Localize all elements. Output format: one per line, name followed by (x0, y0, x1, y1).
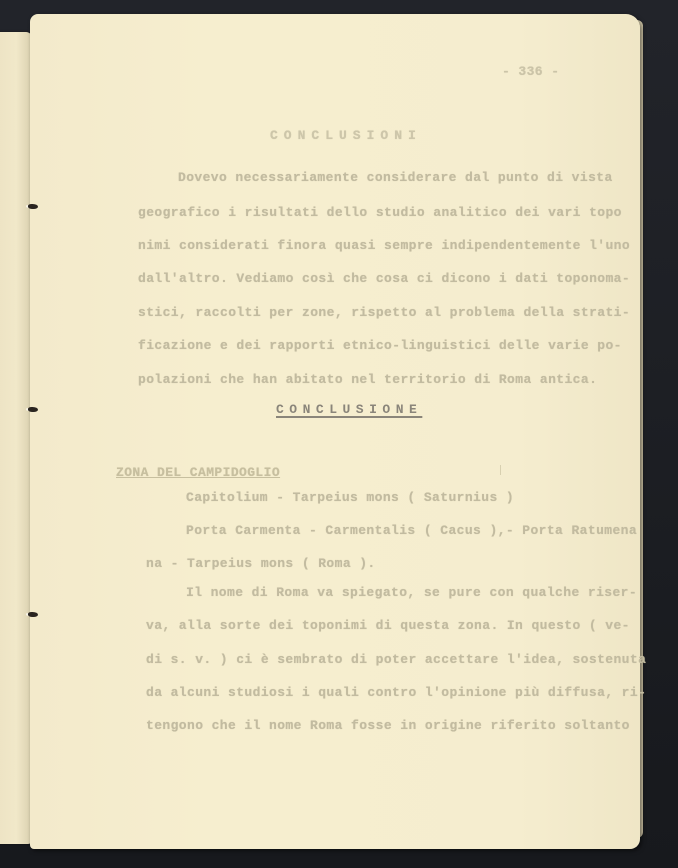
intro-line: geografico i risultati dello studio anal… (138, 205, 622, 220)
zone-line: Capitolium - Tarpeius mons ( Saturnius ) (186, 490, 514, 505)
zone-line: va, alla sorte dei toponimi di questa zo… (146, 618, 630, 633)
intro-line: polazioni che han abitato nel territorio… (138, 372, 597, 387)
intro-line: dall'altro. Vediamo così che cosa ci dic… (138, 271, 630, 286)
zone-line: Il nome di Roma va spiegato, se pure con… (186, 585, 637, 600)
faded-bleed-through-title: CONCLUSIONI (270, 128, 422, 143)
zone-line: na - Tarpeius mons ( Roma ). (146, 556, 376, 571)
binding-staple-icon (26, 203, 40, 211)
paper-mark (500, 465, 501, 475)
page-number: - 336 - (502, 64, 559, 79)
facing-page-edge (0, 32, 32, 844)
intro-line: stici, raccolti per zone, rispetto al pr… (138, 305, 630, 320)
zone-heading: ZONA DEL CAMPIDOGLIO (116, 465, 280, 480)
intro-line: Dovevo necessariamente considerare dal p… (178, 170, 613, 185)
binding-staple-icon (26, 611, 40, 619)
section-heading: CONCLUSIONE (276, 402, 422, 417)
intro-line: ficazione e dei rapporti etnico-linguist… (138, 338, 622, 353)
intro-line: nimi considerati finora quasi sempre ind… (138, 238, 630, 253)
binding-staple-icon (26, 406, 40, 414)
zone-line: di s. v. ) ci è sembrato di poter accett… (146, 652, 646, 667)
zone-line: tengono che il nome Roma fosse in origin… (146, 718, 630, 733)
zone-line: da alcuni studiosi i quali contro l'opin… (146, 685, 646, 700)
zone-line: Porta Carmenta - Carmentalis ( Cacus ),-… (186, 523, 637, 538)
